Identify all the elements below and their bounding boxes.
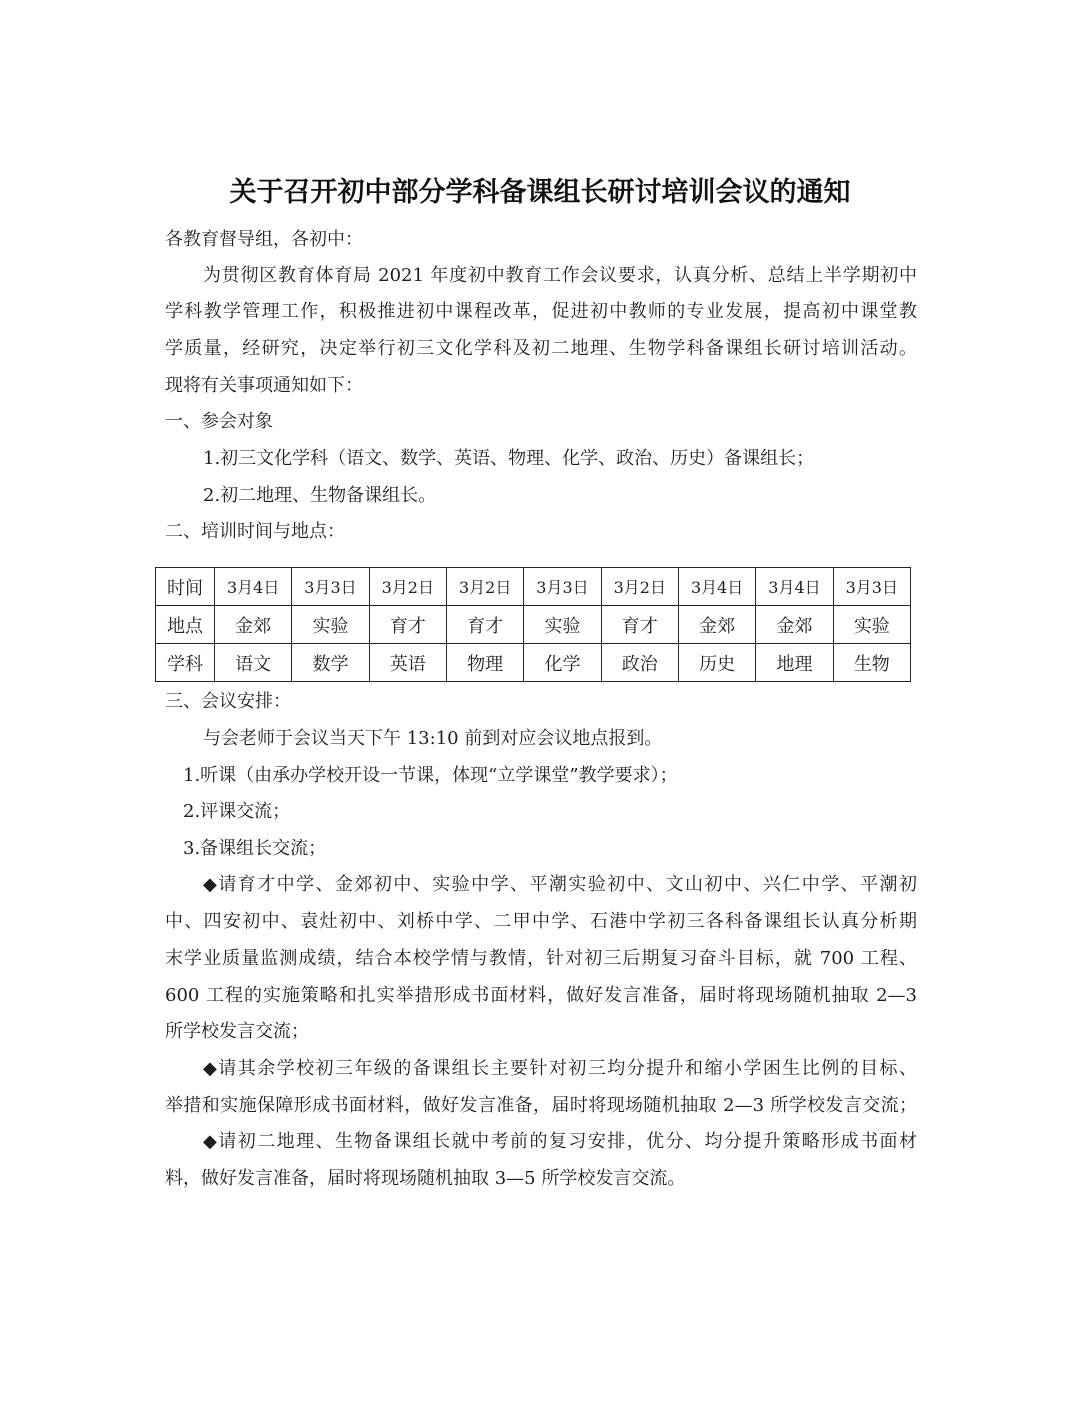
- section1-heading: 一、参会对象: [165, 410, 273, 434]
- bullet2-line: ◆请其余学校初三年级的备课组长主要针对初三均分提升和缩小学困生比例的目标、: [203, 1057, 917, 1081]
- salutation: 各教育督导组，各初中：: [165, 228, 363, 252]
- row-header: 地点: [156, 606, 215, 644]
- place-cell: 育才: [369, 606, 446, 644]
- subject-cell: 语文: [215, 644, 292, 682]
- time-cell: 3月4日: [756, 568, 833, 606]
- place-cell: 育才: [601, 606, 678, 644]
- section3-item: 1.听课（由承办学校开设一节课，体现“立学课堂”教学要求）；: [183, 764, 678, 788]
- schedule-table: 时间 3月4日 3月3日 3月2日 3月2日 3月3日 3月2日 3月4日 3月…: [155, 567, 911, 682]
- place-cell: 实验: [292, 606, 369, 644]
- bullet1-line: 600 工程的实施策略和扎实举措形成书面材料，做好发言准备，届时将现场随机抽取 …: [165, 984, 917, 1008]
- subject-cell: 化学: [524, 644, 601, 682]
- bullet1-line: 所学校发言交流；: [165, 1020, 309, 1044]
- time-cell: 3月4日: [215, 568, 292, 606]
- time-cell: 3月2日: [369, 568, 446, 606]
- document-page: 关于召开初中部分学科备课组长研讨培训会议的通知 各教育督导组，各初中： 为贯彻区…: [0, 0, 1080, 1416]
- section1-item: 2.初二地理、生物备课组长。: [203, 484, 436, 508]
- time-cell: 3月3日: [833, 568, 910, 606]
- row-header: 学科: [156, 644, 215, 682]
- time-cell: 3月3日: [292, 568, 369, 606]
- intro-line: 现将有关事项通知如下：: [165, 374, 363, 398]
- bullet2-line: 举措和实施保障形成书面材料，做好发言准备，届时将现场随机抽取 2—3 所学校发言…: [165, 1094, 917, 1118]
- subject-cell: 政治: [601, 644, 678, 682]
- subject-cell: 地理: [756, 644, 833, 682]
- intro-line: 学质量，经研究，决定举行初三文化学科及初二地理、生物学科备课组长研讨培训活动。: [165, 337, 917, 361]
- place-cell: 金郊: [756, 606, 833, 644]
- bullet1-line: 末学业质量监测成绩，结合本校学情与教情，针对初三后期复习奋斗目标，就 700 工…: [165, 947, 917, 971]
- place-cell: 实验: [524, 606, 601, 644]
- intro-line: 为贯彻区教育体育局 2021 年度初中教育工作会议要求，认真分析、总结上半学期初…: [203, 264, 917, 288]
- place-cell: 育才: [446, 606, 523, 644]
- bullet1-line: ◆请育才中学、金郊初中、实验中学、平潮实验初中、文山初中、兴仁中学、平潮初: [203, 873, 917, 897]
- time-cell: 3月2日: [601, 568, 678, 606]
- subject-cell: 数学: [292, 644, 369, 682]
- bullet3-line: ◆请初二地理、生物备课组长就中考前的复习安排，优分、均分提升策略形成书面材: [203, 1130, 917, 1154]
- bullet1-line: 中、四安初中、袁灶初中、刘桥中学、二甲中学、石港中学初三各科备课组长认真分析期: [165, 910, 917, 934]
- table-row-subject: 学科 语文 数学 英语 物理 化学 政治 历史 地理 生物: [156, 644, 911, 682]
- time-cell: 3月2日: [446, 568, 523, 606]
- table-row-place: 地点 金郊 实验 育才 育才 实验 育才 金郊 金郊 实验: [156, 606, 911, 644]
- row-header: 时间: [156, 568, 215, 606]
- checkin-note: 与会老师于会议当天下午 13:10 前到对应会议地点报到。: [203, 727, 662, 751]
- section3-heading: 三、会议安排：: [165, 690, 291, 714]
- section1-item: 1.初三文化学科（语文、数学、英语、物理、化学、政治、历史）备课组长；: [203, 447, 814, 471]
- section3-item: 2.评课交流；: [183, 800, 290, 824]
- intro-line: 学科教学管理工作，积极推进初中课程改革，促进初中教师的专业发展，提高初中课堂教: [165, 300, 917, 324]
- time-cell: 3月4日: [678, 568, 755, 606]
- document-title: 关于召开初中部分学科备课组长研讨培训会议的通知: [0, 170, 1080, 209]
- subject-cell: 英语: [369, 644, 446, 682]
- section2-heading: 二、培训时间与地点：: [165, 520, 345, 544]
- subject-cell: 生物: [833, 644, 910, 682]
- section3-item: 3.备课组长交流；: [183, 837, 326, 861]
- bullet3-line: 料，做好发言准备，届时将现场随机抽取 3—5 所学校发言交流。: [165, 1167, 685, 1191]
- place-cell: 金郊: [215, 606, 292, 644]
- place-cell: 实验: [833, 606, 910, 644]
- subject-cell: 物理: [446, 644, 523, 682]
- time-cell: 3月3日: [524, 568, 601, 606]
- place-cell: 金郊: [678, 606, 755, 644]
- subject-cell: 历史: [678, 644, 755, 682]
- table-row-time: 时间 3月4日 3月3日 3月2日 3月2日 3月3日 3月2日 3月4日 3月…: [156, 568, 911, 606]
